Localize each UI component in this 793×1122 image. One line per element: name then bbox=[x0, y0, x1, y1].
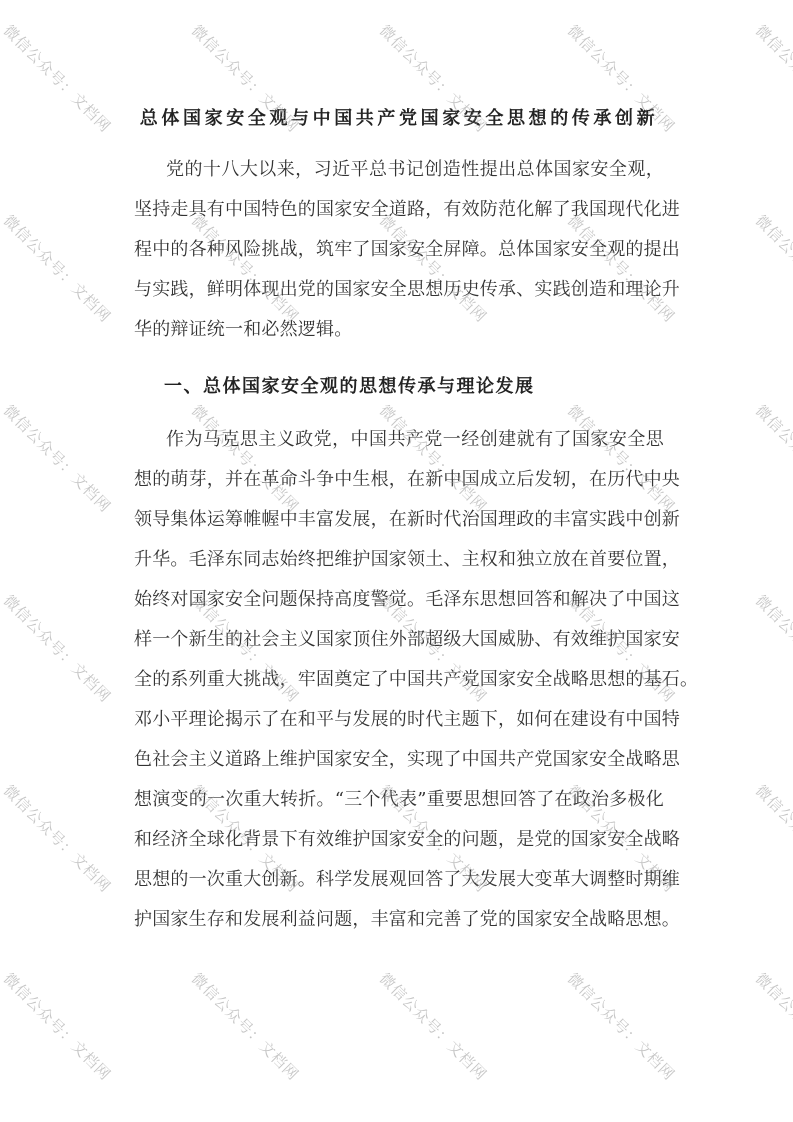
text-line: 华的辩证统一和必然逻辑。 bbox=[134, 310, 664, 350]
watermark-text: 微信公众号：文档网 bbox=[0, 780, 116, 897]
text-line: 作为马克思主义政党，中国共产党一经创建就有了国家安全思 bbox=[134, 420, 664, 460]
watermark-text: 微信公众号：文档网 bbox=[751, 590, 793, 707]
text-line: 色社会主义道路上维护国家安全，实现了中国共产党国家安全战略思 bbox=[134, 740, 664, 780]
text-line: 邓小平理论揭示了在和平与发展的时代主题下，如何在建设有中国特 bbox=[134, 700, 664, 740]
text-line: 党的十八大以来，习近平总书记创造性提出总体国家安全观， bbox=[134, 150, 664, 190]
section-heading: 一、总体国家安全观的思想传承与理论发展 bbox=[164, 372, 535, 398]
text-line: 与实践，鲜明体现出党的国家安全思想历史传承、实践创造和理论升 bbox=[134, 270, 664, 310]
text-line: 升华。毛泽东同志始终把维护国家领土、主权和独立放在首要位置， bbox=[134, 540, 664, 580]
text-line: 想演变的一次重大转折。“三个代表”重要思想回答了在政治多极化 bbox=[134, 780, 664, 820]
watermark-text: 微信公众号：文档网 bbox=[0, 20, 116, 137]
text-line: 想的萌芽，并在革命斗争中生根，在新中国成立后发轫，在历代中央 bbox=[134, 460, 664, 500]
document-page: 总体国家安全观与中国共产党国家安全思想的传承创新 党的十八大以来，习近平总书记创… bbox=[0, 0, 793, 1122]
watermark-text: 微信公众号：文档网 bbox=[751, 210, 793, 327]
watermark-text: 微信公众号：文档网 bbox=[0, 590, 116, 707]
text-line: 和经济全球化背景下有效维护国家安全的问题，是党的国家安全战略 bbox=[134, 820, 664, 860]
text-line: 坚持走具有中国特色的国家安全道路，有效防范化解了我国现代化进 bbox=[134, 190, 664, 230]
watermark-text: 微信公众号：文档网 bbox=[187, 968, 304, 1085]
watermark-text: 微信公众号：文档网 bbox=[751, 968, 793, 1085]
watermark-text: 微信公众号：文档网 bbox=[0, 968, 116, 1085]
text-line: 领导集体运筹帷幄中丰富发展，在新时代治国理政的丰富实践中创新 bbox=[134, 500, 664, 540]
watermark-text: 微信公众号：文档网 bbox=[563, 968, 680, 1085]
watermark-text: 微信公众号：文档网 bbox=[751, 400, 793, 517]
text-line: 护国家生存和发展利益问题，丰富和完善了党的国家安全战略思想。 bbox=[134, 900, 664, 940]
text-line: 样一个新生的社会主义国家顶住外部超级大国威胁、有效维护国家安 bbox=[134, 620, 664, 660]
text-line: 程中的各种风险挑战，筑牢了国家安全屏障。总体国家安全观的提出 bbox=[134, 230, 664, 270]
text-line: 全的系列重大挑战，牢固奠定了中国共产党国家安全战略思想的基石。 bbox=[134, 660, 664, 700]
watermark-text: 微信公众号：文档网 bbox=[751, 780, 793, 897]
watermark-text: 微信公众号：文档网 bbox=[751, 20, 793, 137]
document-title: 总体国家安全观与中国共产党国家安全思想的传承创新 bbox=[134, 104, 664, 130]
watermark-text: 微信公众号：文档网 bbox=[0, 400, 116, 517]
text-line: 始终对国家安全问题保持高度警觉。毛泽东思想回答和解决了中国这 bbox=[134, 580, 664, 620]
text-line: 思想的一次重大创新。科学发展观回答了大发展大变革大调整时期维 bbox=[134, 860, 664, 900]
paragraph-body: 作为马克思主义政党，中国共产党一经创建就有了国家安全思 想的萌芽，并在革命斗争中… bbox=[134, 420, 664, 940]
watermark-text: 微信公众号：文档网 bbox=[0, 210, 116, 327]
watermark-text: 微信公众号：文档网 bbox=[375, 968, 492, 1085]
paragraph-intro: 党的十八大以来，习近平总书记创造性提出总体国家安全观， 坚持走具有中国特色的国家… bbox=[134, 150, 664, 350]
